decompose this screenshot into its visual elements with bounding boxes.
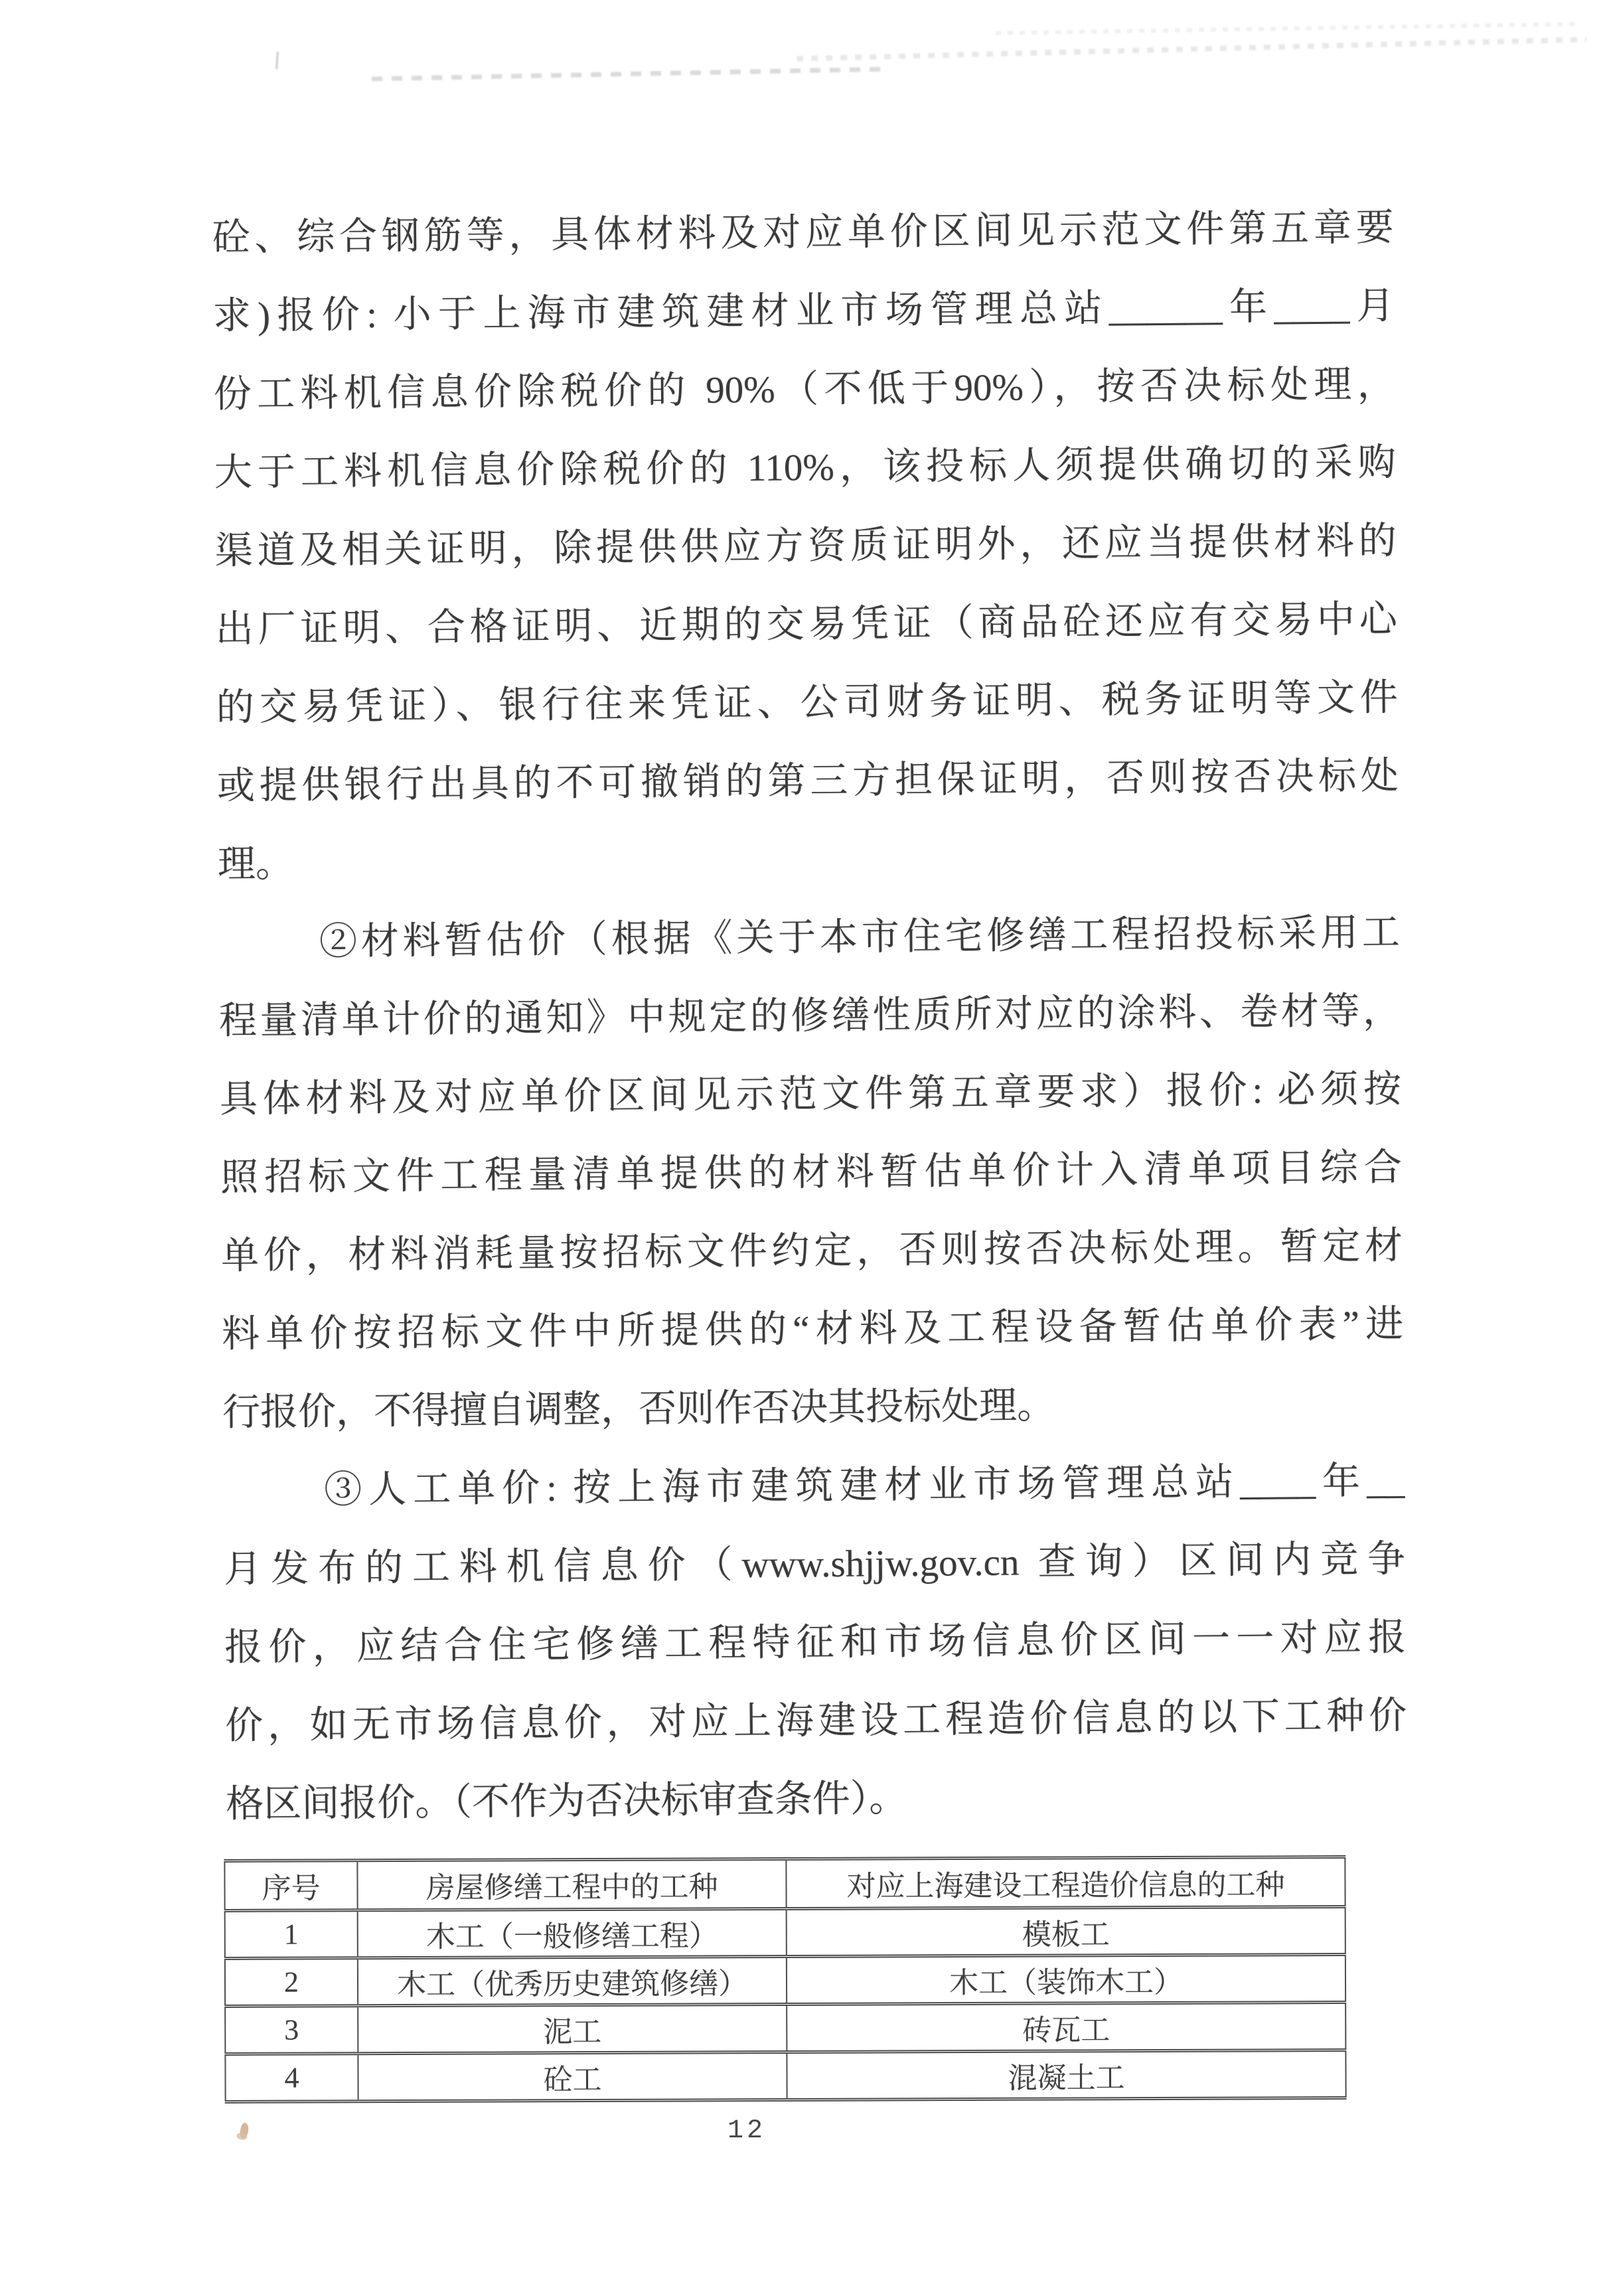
text-line-03: 份工料机信息价除税价的 90%（不低于90%），按否决标处理， (213, 346, 1395, 435)
table-cell-mapped: 模板工 (787, 1907, 1345, 1957)
text-line-15: 料单价按招标文件中所提供的“材料及工程设备暂估单价表”进 (222, 1285, 1404, 1374)
trades-mapping-table: 序号 房屋修缮工程中的工种 对应上海建设工程造价信息的工种 1 木工（一般修缮工… (224, 1855, 1346, 2104)
ink-smudge (239, 2122, 250, 2139)
text-line-10-paragraph-2-start: ②材料暂估价（根据《关于本市住宅修缮工程招投标采用工 (218, 893, 1400, 982)
table-header-repair-trade: 房屋修缮工程中的工种 (357, 1859, 786, 1910)
text-line-09: 理。 (217, 815, 1399, 904)
text-line-01: 砼、综合钢筋等，具体材料及对应单价区间见示范文件第五章要 (212, 189, 1394, 278)
text-line-04: 大于工料机信息价除税价的 110%，该投标人须提供确切的采购 (214, 424, 1396, 513)
table-cell-mapped: 混凝土工 (787, 2050, 1345, 2100)
table-cell-trade: 泥工 (358, 2004, 787, 2053)
text-line-08: 或提供银行出具的不可撤销的第三方担保证明，否则按否决标处 (216, 737, 1399, 826)
page-number: 12 (727, 2116, 787, 2146)
table-row: 4 砼工 混凝土工 (225, 2050, 1345, 2102)
table-header-serial-number: 序号 (224, 1861, 357, 1911)
text-line-13: 照招标文件工程量清单提供的材料暂估单价计入清单项目综合 (220, 1128, 1403, 1217)
table-cell-serial: 2 (225, 1958, 358, 2007)
table-cell-trade: 砼工 (358, 2052, 787, 2101)
table-header-mapped-trade: 对应上海建设工程造价信息的工种 (786, 1857, 1345, 1909)
text-line-02: 求)报价: 小于上海市建筑建材业市场管理总站______年____月 (212, 268, 1395, 356)
table-row: 3 泥工 砖瓦工 (225, 2003, 1345, 2054)
table-cell-trade: 木工（优秀历史建筑修缮） (358, 1956, 787, 2005)
table-cell-serial: 3 (225, 2006, 358, 2054)
text-line-11: 程量清单计价的通知》中规定的修缮性质所对应的涂料、卷材等， (218, 972, 1401, 1061)
text-line-12: 具体材料及对应单价区间见示范文件第五章要求）报价: 必须按 (220, 1050, 1402, 1139)
table-header-row: 序号 房屋修缮工程中的工种 对应上海建设工程造价信息的工种 (224, 1857, 1345, 1911)
scanned-document-page: 砼、综合钢筋等，具体材料及对应单价区间见示范文件第五章要 求)报价: 小于上海市… (0, 0, 1607, 2296)
table-cell-mapped: 木工（装饰木工） (787, 1955, 1345, 2005)
table-cell-mapped: 砖瓦工 (787, 2003, 1345, 2052)
text-line-16: 行报价，不得擅自调整，否则作否决其投标处理。 (222, 1363, 1405, 1452)
text-line-20: 价，如无市场信息价，对应上海建设工程造价信息的以下工种价 (225, 1677, 1407, 1766)
table-cell-serial: 4 (225, 2054, 358, 2102)
text-line-14: 单价，材料消耗量按招标文件约定，否则按否决标处理。暂定材 (221, 1207, 1403, 1296)
text-line-19: 报价，应结合住宅修缮工程特征和市场信息价区间一一对应报 (224, 1598, 1407, 1687)
table-row: 1 木工（一般修缮工程） 模板工 (225, 1907, 1345, 1959)
table-cell-serial: 1 (225, 1910, 358, 1959)
body-text: 砼、综合钢筋等，具体材料及对应单价区间见示范文件第五章要 求)报价: 小于上海市… (212, 189, 1408, 1844)
text-line-07: 的交易凭证）、银行往来凭证、公司财务证明、税务证明等文件 (216, 658, 1398, 747)
scan-noise-tick (275, 52, 279, 69)
scan-noise-streak (996, 22, 1580, 35)
text-line-18: 月发布的工料机信息价（www.shjjw.gov.cn 查询）区间内竞争 (224, 1520, 1406, 1609)
scan-noise-streak (797, 37, 1586, 61)
text-line-06: 出厂证明、合格证明、近期的交易凭证（商品砼还应有交易中心 (215, 580, 1397, 669)
text-line-05: 渠道及相关证明，除提供供应方资质证明外，还应当提供材料的 (214, 502, 1397, 591)
table-cell-trade: 木工（一般修缮工程） (358, 1908, 787, 1957)
text-line-17-paragraph-3-start: ③人工单价: 按上海市建筑建材业市场管理总站____年__ (223, 1442, 1405, 1531)
scan-noise-streak (372, 67, 883, 82)
table-row: 2 木工（优秀历史建筑修缮） 木工（装饰木工） (225, 1955, 1345, 2007)
text-line-21: 格区间报价。（不作为否决标审查条件）。 (226, 1755, 1408, 1844)
